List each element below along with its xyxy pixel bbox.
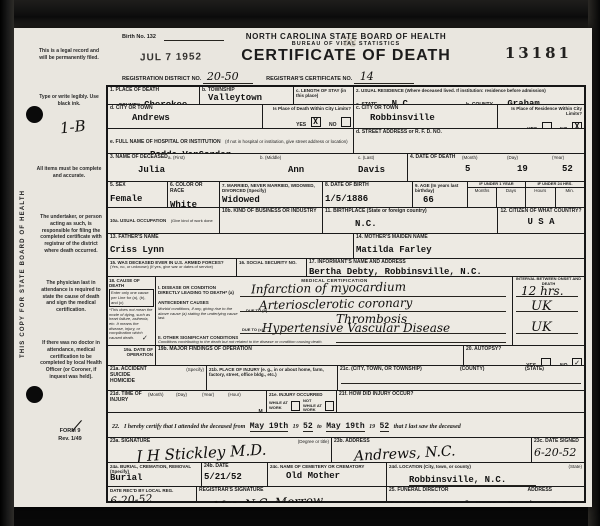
cause-a-value: Infarction of myocardium: [251, 281, 406, 296]
field-age: 9. AGE (In years last birthday) 66: [413, 182, 468, 207]
cause-b-value: Arteriosclerotic coronary: [259, 297, 413, 312]
field-ssn: 16. SOCIAL SECURITY NO.: [237, 259, 307, 276]
cause-of-death-section: 18. CAUSE OF DEATH Enter only one cause …: [108, 277, 584, 346]
death-month-value: 5: [465, 165, 517, 174]
field-street-address: d. STREET ADDRESS or R. F. D. NO.: [354, 129, 584, 153]
scan-left-edge: [0, 0, 14, 526]
date-signed-value: 6-20-52: [534, 447, 582, 458]
field-funeral-director: 25. FUNERAL DIRECTOR ADDRESS Townson Fun…: [387, 487, 584, 503]
marital-value: Widowed: [222, 196, 320, 205]
race-value: White: [170, 201, 217, 208]
field-date-signed: 23c. DATE SIGNED 6-20-52: [532, 438, 584, 462]
field-residence-city-limits: Is Place of Residence Within City Limits…: [498, 105, 584, 128]
margin-legal-note: This is a legal record and will be perma…: [36, 48, 102, 62]
field-date-of-death: 4. DATE OF DEATH (Month) (Day) (Year) 5 …: [408, 154, 584, 181]
dob-value: 1/5/1886: [325, 195, 410, 204]
physician-address-value: Andrews, N.C.: [354, 444, 456, 462]
field-informant: 17. INFORMANT'S NAME AND ADDRESS Bertha …: [307, 259, 584, 276]
field-marital-status: 7. MARRIED, NEVER MARRIED, WIDOWED, DIVO…: [220, 182, 323, 207]
field-physician-address: 23b. ADDRESS Andrews, N.C.: [332, 438, 532, 462]
registrar-signature-value: Mrs. N.C. Morrow: [213, 494, 324, 503]
certificate-serial: 13181: [505, 44, 572, 62]
field-industry: 10b. KIND OF BUSINESS OR INDUSTRY: [220, 208, 323, 233]
residence-limits-yes-checkbox: [542, 122, 552, 128]
field-cemetery: 24c. NAME OF CEMETERY OR CREMATORY Old M…: [268, 463, 387, 486]
autopsy-no-checkbox: ✓: [572, 358, 582, 365]
field-operation-findings: 19b. MAJOR FINDINGS OF OPERATION: [156, 346, 464, 365]
field-registrar-signature: REGISTRAR'S SIGNATURE Mrs. N.C. Morrow: [197, 487, 387, 503]
father-name-value: Criss Lynn: [110, 246, 351, 255]
reg-district-value: 20-50: [203, 70, 253, 84]
field-birthplace: 11. BIRTHPLACE (State or foreign country…: [323, 208, 498, 233]
certificate-paper: THIS COPY FOR STATE BOARD OF HEALTH This…: [14, 28, 592, 507]
field-under-one-year: IF UNDER 1 YEAR Months Days: [468, 182, 526, 207]
township-value: Valleytown: [208, 94, 291, 103]
burial-value: Burial: [110, 474, 199, 483]
informant-value: Bertha Debty, Robbinsville, N.C.: [309, 268, 582, 276]
field-sex: 5. SEX Female: [108, 182, 168, 207]
certification-statement: 22. I hereby certify that I attended the…: [108, 413, 584, 437]
field-death-city-limits: Is Place of Death Within City Limits? YE…: [263, 105, 354, 128]
field-name-of-deceased: 3. NAME OF DECEASED a. (First) b. (Middl…: [108, 154, 408, 181]
field-place-of-injury: 21b. PLACE OF INJURY (e. g., in or about…: [207, 366, 338, 390]
board-name: NORTH CAROLINA STATE BOARD OF HEALTH: [106, 32, 586, 41]
cert-no-value: 14: [354, 70, 414, 84]
residence-county-value: Graham: [507, 99, 539, 104]
field-physician-signature: 23a. SIGNATURE (Degree or title) J H Sti…: [108, 438, 332, 462]
field-operation-date: 19a. DATE OF OPERATION: [108, 346, 156, 365]
county-value: Cherokee: [144, 100, 187, 104]
field-injury-location: 21c. (CITY, TOWN, OR TOWNSHIP) (COUNTY) …: [338, 366, 584, 390]
scan-top-band: [0, 0, 600, 28]
field-hospital: e. FULL NAME OF HOSPITAL OR INSTITUTION …: [108, 129, 354, 153]
field-time-of-injury: 21d. TIME OF INJURY (Month) (Day) (Year)…: [108, 391, 267, 412]
certificate-header: Birth No. 132 38 NORTH CAROLINA STATE BO…: [106, 28, 586, 85]
field-mother-name: 14. MOTHER'S MAIDEN NAME Matilda Farley: [354, 234, 584, 258]
field-race: 6. COLOR OR RACE White: [168, 182, 220, 207]
cert-no-label: REGISTRAR'S CERTIFICATE NO.: [266, 76, 352, 82]
hospital-value: Rodda-VanGorder: [150, 151, 351, 153]
birthplace-value: N.C.: [355, 220, 495, 229]
margin-undertaker-note: The undertaker, or person acting as such…: [38, 214, 104, 255]
attended-to-value: May 19th: [326, 422, 364, 432]
hole-punch-top: [26, 106, 43, 123]
field-how-injury-occurred: 21f. HOW DID INJURY OCCUR?: [337, 391, 584, 412]
margin-physician-note: The physician last in attendance is requ…: [38, 280, 104, 314]
city-of-residence-value: Robbinsville: [370, 114, 495, 123]
while-at-work-checkbox: [291, 401, 300, 411]
citizenship-value: U S A: [500, 218, 582, 227]
margin-handwritten-mark: 1-B: [59, 119, 86, 137]
physician-signature-value: J H Stickley M.D.: [136, 442, 267, 462]
residence-limits-no-checkbox: X: [572, 122, 582, 128]
not-while-at-work-checkbox: [325, 401, 334, 411]
field-burial-location: 24d. LOCATION (City, town, or county) (S…: [387, 463, 584, 486]
cemetery-value: Old Mother: [286, 472, 384, 481]
margin-complete-note: All items must be complete and accurate.: [36, 166, 102, 180]
form-number: FORM 9: [44, 428, 96, 436]
sex-value: Female: [110, 195, 165, 204]
field-date-received: DATE REC'D BY LOCAL REG. 6-20-52: [108, 487, 197, 503]
age-value: 66: [423, 196, 465, 205]
middle-name-value: Ann: [288, 166, 358, 175]
cause-of-death-sidebar: 18. CAUSE OF DEATH Enter only one cause …: [108, 277, 156, 345]
scan-bottom-band: [0, 505, 600, 526]
last-name-value: Davis: [358, 166, 385, 175]
margin-no-doctor-note: If there was no doctor in attendance, me…: [38, 340, 104, 381]
medical-certification-area: MEDICAL CERTIFICATION I. DISEASE OR COND…: [156, 277, 584, 345]
certificate-form: 1. PLACE OF DEATH a. COUNTY Cherokee b. …: [106, 85, 586, 503]
field-city-of-residence: c. CITY OR TOWN Robbinsville: [354, 105, 498, 128]
burial-date-value: 5/21/52: [204, 473, 265, 482]
burial-location-value: Robbinsville, N.C.: [409, 476, 536, 486]
mother-name-value: Matilda Farley: [356, 246, 582, 255]
field-city-of-death: d. CITY OR TOWN Andrews: [108, 105, 263, 128]
death-day-value: 19: [517, 165, 562, 174]
first-name-value: Julia: [138, 166, 288, 175]
death-limits-no-checkbox: [341, 117, 351, 127]
field-father-name: 13. FATHER'S NAME Criss Lynn: [108, 234, 354, 258]
hole-punch-bottom: [26, 386, 43, 403]
field-date-of-birth: 8. DATE OF BIRTH 1/5/1886: [323, 182, 413, 207]
field-armed-forces: 15. WAS DECEASED EVER IN U.S. ARMED FORC…: [108, 259, 237, 276]
scanned-death-certificate: THIS COPY FOR STATE BOARD OF HEALTH This…: [0, 0, 600, 526]
field-citizenship: 12. CITIZEN OF WHAT COUNTRY? U S A: [498, 208, 584, 233]
field-under-24-hours: IF UNDER 24 HRS. Hours Min.: [526, 182, 584, 207]
field-length-of-stay: c. LENGTH OF STAY (in this place): [294, 87, 354, 104]
form-revision: Rev. 1/49: [44, 436, 96, 444]
interval-column: INTERVAL BETWEEN ONSET AND DEATH 12 hrs.…: [512, 277, 584, 345]
field-burial: 24a. BURIAL, CREMATION, REMOVAL (Specify…: [108, 463, 202, 486]
field-occupation: 10a. USUAL OCCUPATION (Give kind of work…: [108, 208, 220, 233]
field-autopsy: 20. AUTOPSY? YES NO ✓: [464, 346, 584, 365]
funeral-director-value: Townson Funeral Home, Murphy, N.C.: [389, 501, 573, 503]
margin-vertical-text: THIS COPY FOR STATE BOARD OF HEALTH: [20, 190, 26, 358]
reg-district-label: REGISTRATION DISTRICT NO.: [122, 76, 201, 82]
margin-type-note: Type or write legibly. Use black ink.: [36, 94, 102, 108]
sidebar-checkmark: ✓: [142, 335, 148, 342]
city-of-death-value: Andrews: [132, 114, 260, 123]
death-year-value: 52: [562, 165, 573, 174]
margin-column: THIS COPY FOR STATE BOARD OF HEALTH This…: [14, 28, 106, 507]
field-injury-occurred: 21e. INJURY OCCURRED WHILE AT WORK NOT W…: [267, 391, 337, 412]
received-date-stamp: JUL 7 1952: [140, 51, 202, 63]
field-usual-residence: 2. USUAL RESIDENCE (Where deceased lived…: [354, 87, 584, 104]
field-accident-suicide-homicide: 21a. ACCIDENT SUICIDE HOMICIDE (Specify): [108, 366, 207, 390]
field-burial-date: 24b. DATE 5/21/52: [202, 463, 268, 486]
attended-from-value: May 19th: [250, 422, 288, 432]
death-limits-yes-checkbox: X: [311, 117, 321, 127]
field-place-of-death-county: 1. PLACE OF DEATH a. COUNTY Cherokee: [108, 87, 200, 104]
autopsy-yes-checkbox: [541, 358, 551, 365]
field-township: b. TOWNSHIP Valleytown: [200, 87, 294, 104]
residence-state-value: N.C.: [392, 99, 414, 104]
